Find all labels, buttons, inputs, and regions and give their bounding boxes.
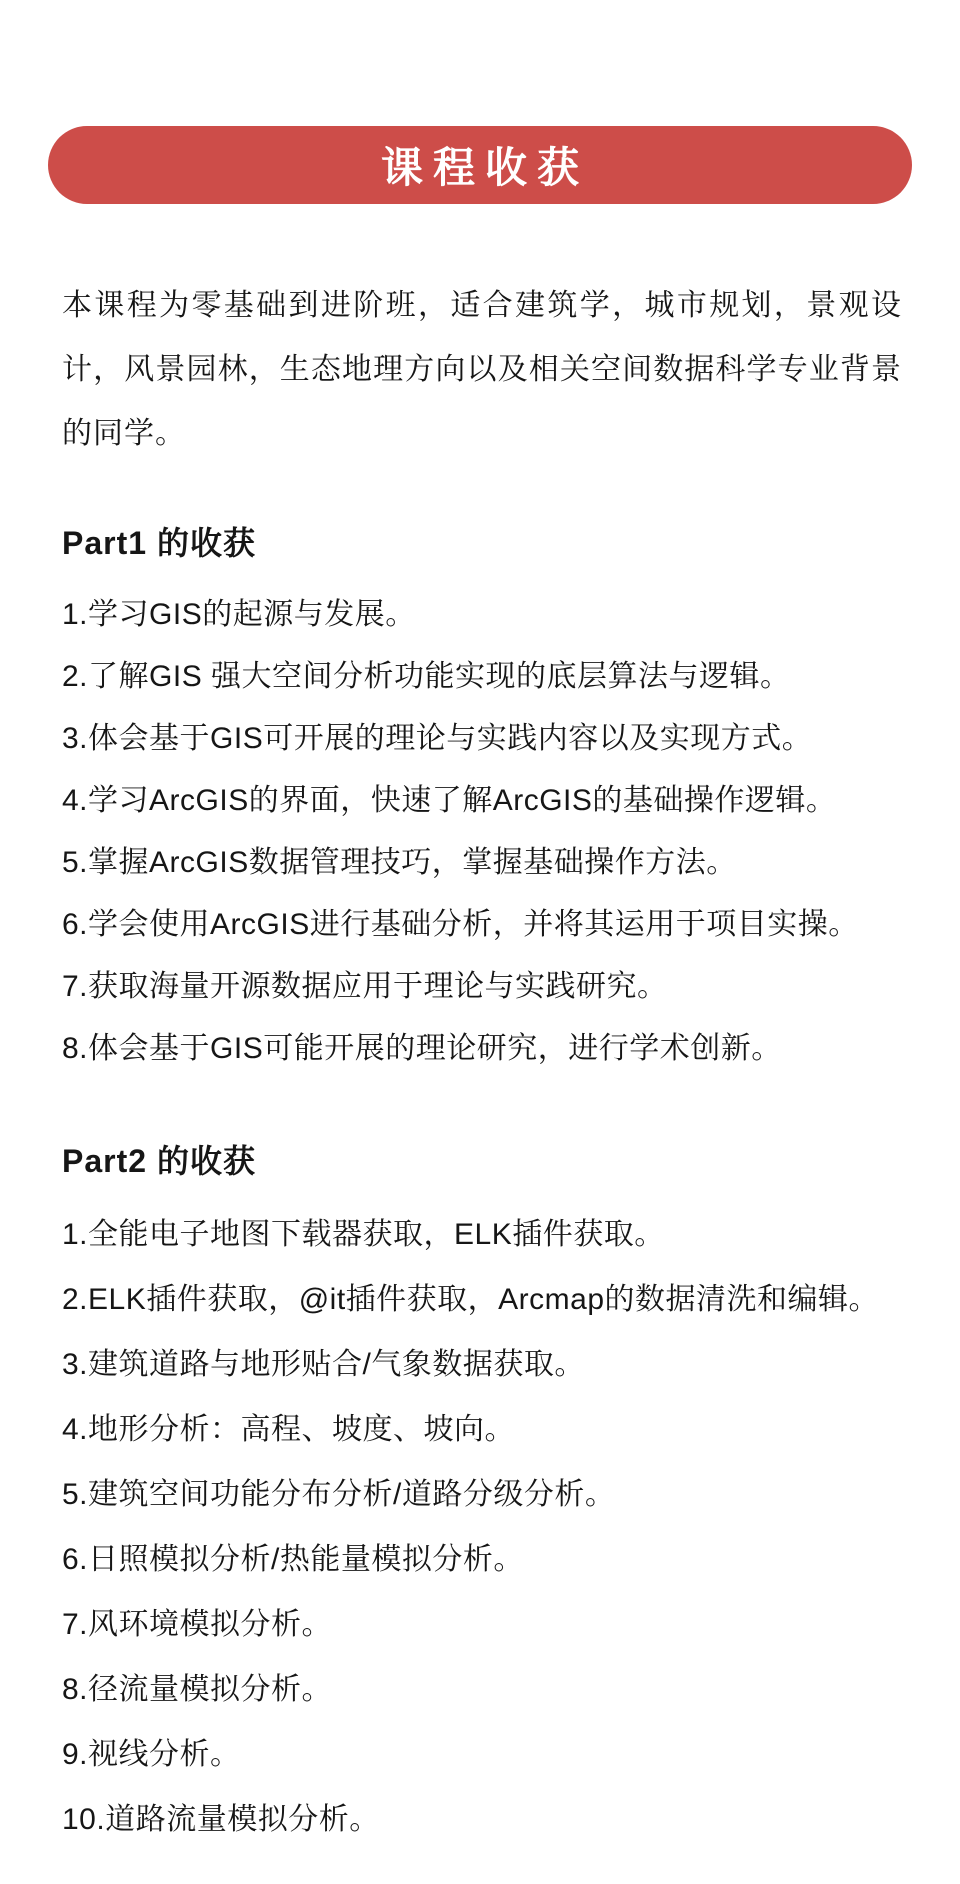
section-heading: Part2 的收获 (62, 1140, 960, 1182)
course-section: Part1 的收获 1.学习GIS的起源与发展。2.了解GIS 强大空间分析功能… (0, 522, 960, 1076)
section-item-list: 1.学习GIS的起源与发展。2.了解GIS 强大空间分析功能实现的底层算法与逻辑… (0, 580, 960, 1076)
list-item: 3.建筑道路与地形贴合/气象数据获取。 (62, 1328, 920, 1393)
banner-title: 课程收获 (371, 135, 589, 195)
list-item: 8.体会基于GIS可能开展的理论研究，进行学术创新。 (62, 1014, 920, 1076)
list-item: 2.ELK插件获取，@it插件获取，Arcmap的数据清洗和编辑。 (62, 1263, 920, 1328)
course-section: Part2 的收获 1.全能电子地图下载器获取，ELK插件获取。2.ELK插件获… (0, 1140, 960, 1848)
list-item: 5.建筑空间功能分布分析/道路分级分析。 (62, 1458, 920, 1523)
list-item: 2.了解GIS 强大空间分析功能实现的底层算法与逻辑。 (62, 642, 920, 704)
list-item: 4.地形分析：高程、坡度、坡向。 (62, 1393, 920, 1458)
list-item: 6.学会使用ArcGIS进行基础分析，并将其运用于项目实操。 (62, 890, 920, 952)
list-item: 8.径流量模拟分析。 (62, 1653, 920, 1718)
list-item: 1.学习GIS的起源与发展。 (62, 580, 920, 642)
list-item: 7.风环境模拟分析。 (62, 1588, 920, 1653)
course-gains-banner: 课程收获 (48, 126, 912, 204)
list-item: 3.体会基于GIS可开展的理论与实践内容以及实现方式。 (62, 704, 920, 766)
list-item: 10.道路流量模拟分析。 (62, 1783, 920, 1848)
list-item: 5.掌握ArcGIS数据管理技巧，掌握基础操作方法。 (62, 828, 920, 890)
list-item: 7.获取海量开源数据应用于理论与实践研究。 (62, 952, 920, 1014)
list-item: 1.全能电子地图下载器获取，ELK插件获取。 (62, 1198, 920, 1263)
sections-container: Part1 的收获 1.学习GIS的起源与发展。2.了解GIS 强大空间分析功能… (0, 522, 960, 1848)
section-item-list: 1.全能电子地图下载器获取，ELK插件获取。2.ELK插件获取，@it插件获取，… (0, 1198, 960, 1848)
list-item: 6.日照模拟分析/热能量模拟分析。 (62, 1523, 920, 1588)
list-item: 9.视线分析。 (62, 1718, 920, 1783)
list-item: 4.学习ArcGIS的界面，快速了解ArcGIS的基础操作逻辑。 (62, 766, 920, 828)
section-heading: Part1 的收获 (62, 522, 960, 564)
intro-paragraph: 本课程为零基础到进阶班，适合建筑学，城市规划，景观设计，风景园林，生态地理方向以… (62, 274, 902, 466)
